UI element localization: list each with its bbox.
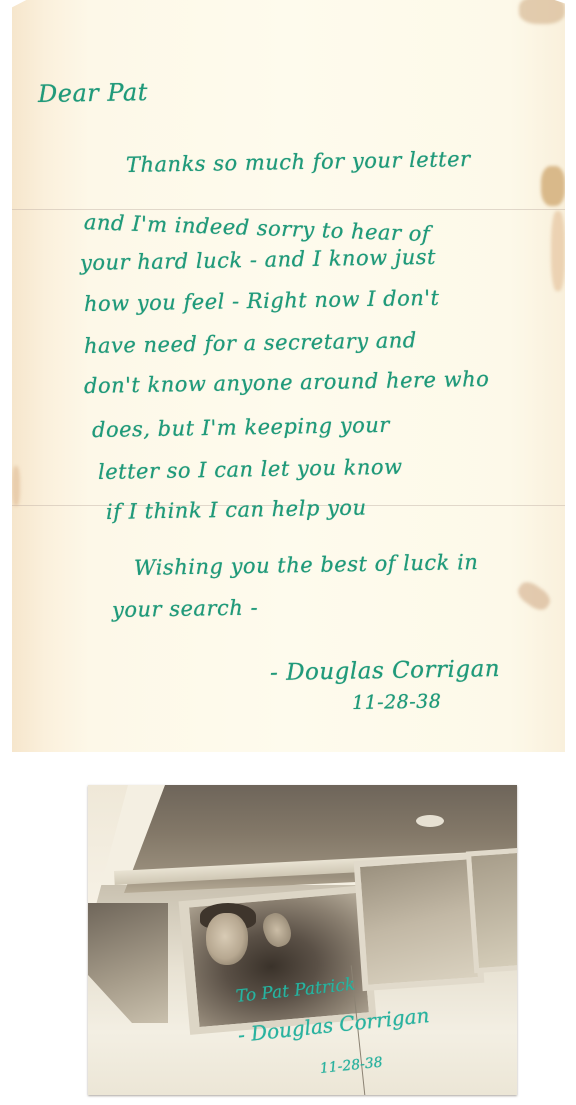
cockpit-window-far <box>466 847 517 974</box>
letter-line: your search - <box>112 595 258 622</box>
paper-stain <box>519 0 565 24</box>
wing-vent <box>416 815 444 827</box>
letter-salutation: Dear Pat <box>38 78 148 108</box>
letter-signature: - Douglas Corrigan <box>270 656 501 686</box>
letter-line: how you feel - Right now I don't <box>84 286 440 316</box>
pilot-face <box>206 913 248 965</box>
letter-line: don't know anyone around here who <box>84 367 490 398</box>
paper-stain <box>551 211 565 291</box>
letter-line: Thanks so much for your letter <box>126 147 471 177</box>
letter-line: does, but I'm keeping your <box>92 413 390 442</box>
letter-line: your hard luck - and I know just <box>80 245 436 275</box>
letter-line: if I think I can help you <box>106 495 367 524</box>
letter-line: Wishing you the best of luck in <box>134 550 479 580</box>
letter-line: have need for a secretary and <box>84 328 417 358</box>
paper-stain <box>541 166 565 206</box>
letter-line: and I'm indeed sorry to hear of <box>84 210 431 246</box>
handwritten-letter: Dear Pat Thanks so much for your letter … <box>12 0 565 752</box>
signed-photograph: To Pat Patrick - Douglas Corrigan 11-28-… <box>88 785 517 1095</box>
paper-stain <box>514 578 553 614</box>
paper-stain <box>12 466 20 506</box>
letter-date: 11-28-38 <box>352 690 442 714</box>
cockpit-window-right <box>354 853 485 991</box>
letter-line: letter so I can let you know <box>98 455 403 484</box>
